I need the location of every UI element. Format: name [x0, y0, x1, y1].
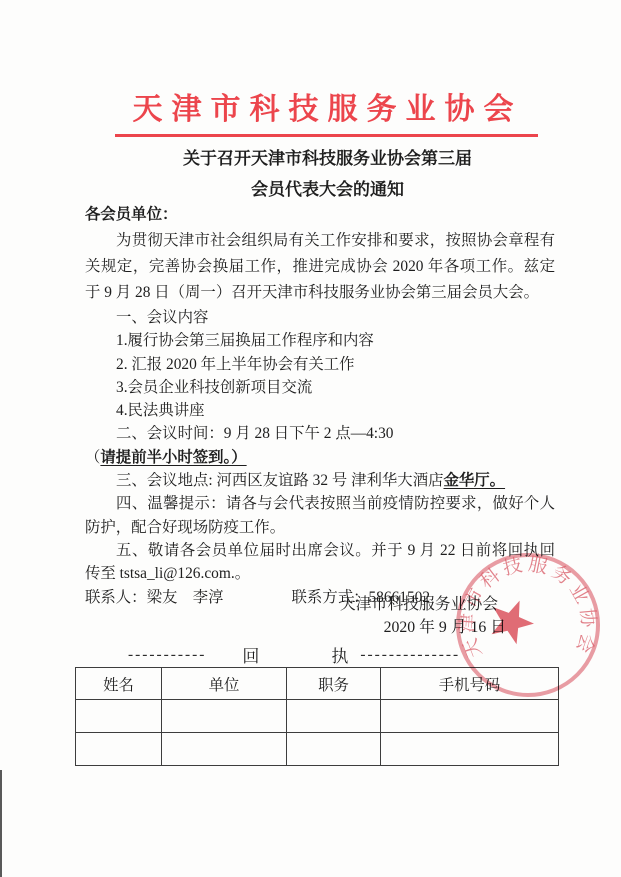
notice-title-line1: 关于召开天津市科技服务业协会第三届	[94, 144, 561, 169]
body-line: 传至 tstsa_li@126.com.。	[85, 562, 555, 585]
table-row	[76, 733, 559, 766]
scanned-notice-page: 天津市科技服务业协会 关于召开天津市科技服务业协会第三届 会员代表大会的通知 各…	[0, 0, 621, 877]
text-segment: 为贯彻天津市社会组织局有关工作安排和要求，按照协会章程有	[116, 232, 555, 249]
text-segment: 传至 tstsa_li@126.com.。	[85, 565, 250, 582]
signature-date: 2020 年 9 月 16 日	[85, 614, 555, 637]
table-header-cell: 职务	[287, 668, 381, 700]
table-cell	[287, 733, 381, 766]
body-line: 二、会议时间：9 月 28 日下午 2 点—4:30（请提前半小时签到。）	[85, 422, 555, 469]
table-header-cell: 手机号码	[381, 668, 559, 700]
body-line: 关规定，完善协会换届工作，推进完成协会 2020 年各项工作。兹定	[85, 254, 555, 280]
text-segment: 三、会议地点: 河西区友谊路 32 号 津利华大酒店	[116, 472, 443, 489]
body-line: 五、敬请各会员单位届时出席会议。并于 9 月 22 日前将回执回	[85, 539, 555, 562]
body-line: 为贯彻天津市社会组织局有关工作安排和要求，按照协会章程有	[85, 228, 555, 254]
body-line: 防护，配合好现场防疫工作。	[85, 516, 555, 539]
table-header-row: 姓名单位职务手机号码	[76, 668, 559, 700]
receipt-table: 姓名单位职务手机号码	[75, 667, 559, 766]
table-cell	[162, 733, 287, 766]
body-line: 各会员单位：	[85, 202, 555, 228]
table-cell	[162, 700, 287, 733]
table-header-cell: 单位	[162, 668, 287, 700]
table-header-cell: 姓名	[76, 668, 162, 700]
text-segment: 于 9 月 28 日（周一）召开天津市科技服务业协会第三届会员大会。	[85, 284, 539, 301]
body-line: 一、会议内容	[85, 306, 555, 329]
receipt-label-hui: 回	[242, 642, 259, 667]
notice-body: 各会员单位：为贯彻天津市社会组织局有关工作安排和要求，按照协会章程有关规定，完善…	[85, 202, 555, 609]
letterhead-divider	[115, 134, 538, 137]
text-segment: 请提前半小时签到。）	[100, 449, 246, 466]
body-line: 4.民法典讲座	[85, 399, 555, 422]
table-cell	[381, 733, 559, 766]
body-line: 于 9 月 28 日（周一）召开天津市科技服务业协会第三届会员大会。	[85, 280, 555, 306]
body-line: 三、会议地点: 河西区友谊路 32 号 津利华大酒店金华厅。	[85, 469, 555, 492]
body-line: 3.会员企业科技创新项目交流	[85, 376, 555, 399]
text-segment: 四、温馨提示：请各与会代表按照当前疫情防控要求，做好个人	[116, 495, 555, 512]
text-segment: 五、敬请各会员单位届时出席会议。并于 9 月 22 日前将回执回	[116, 542, 555, 559]
text-segment: 2. 汇报 2020 年上半年协会有关工作	[116, 356, 355, 373]
text-segment: 各会员单位：	[85, 206, 177, 223]
receipt-header: ----------- 回 执 --------------	[128, 642, 552, 667]
scan-edge-artifact	[0, 770, 2, 877]
text-segment: 防护，配合好现场防疫工作。	[85, 519, 285, 536]
text-segment: 关规定，完善协会换届工作，推进完成协会 2020 年各项工作。兹定	[85, 258, 555, 275]
table-cell	[76, 733, 162, 766]
text-segment: 金华厅。	[443, 472, 505, 489]
signature-org: 天津市科技服务业协会	[85, 591, 555, 614]
receipt-dashes-right: --------------	[360, 646, 460, 664]
text-segment: 4.民法典讲座	[116, 402, 205, 419]
letterhead-org-title: 天津市科技服务业协会	[94, 84, 561, 128]
text-segment: 3.会员企业科技创新项目交流	[116, 379, 312, 396]
table-row	[76, 700, 559, 733]
notice-title-line2: 会员代表大会的通知	[94, 175, 561, 200]
receipt-label-zhi: 执	[331, 642, 348, 667]
table-cell	[287, 700, 381, 733]
table-cell	[381, 700, 559, 733]
body-line: 2. 汇报 2020 年上半年协会有关工作	[85, 353, 555, 376]
text-segment: 1.履行协会第三届换届工作程序和内容	[116, 332, 374, 349]
table-cell	[76, 700, 162, 733]
receipt-dashes-left: -----------	[128, 646, 206, 664]
body-line: 四、温馨提示：请各与会代表按照当前疫情防控要求，做好个人	[85, 492, 555, 515]
text-segment: 一、会议内容	[116, 309, 208, 326]
body-line: 1.履行协会第三届换届工作程序和内容	[85, 329, 555, 352]
